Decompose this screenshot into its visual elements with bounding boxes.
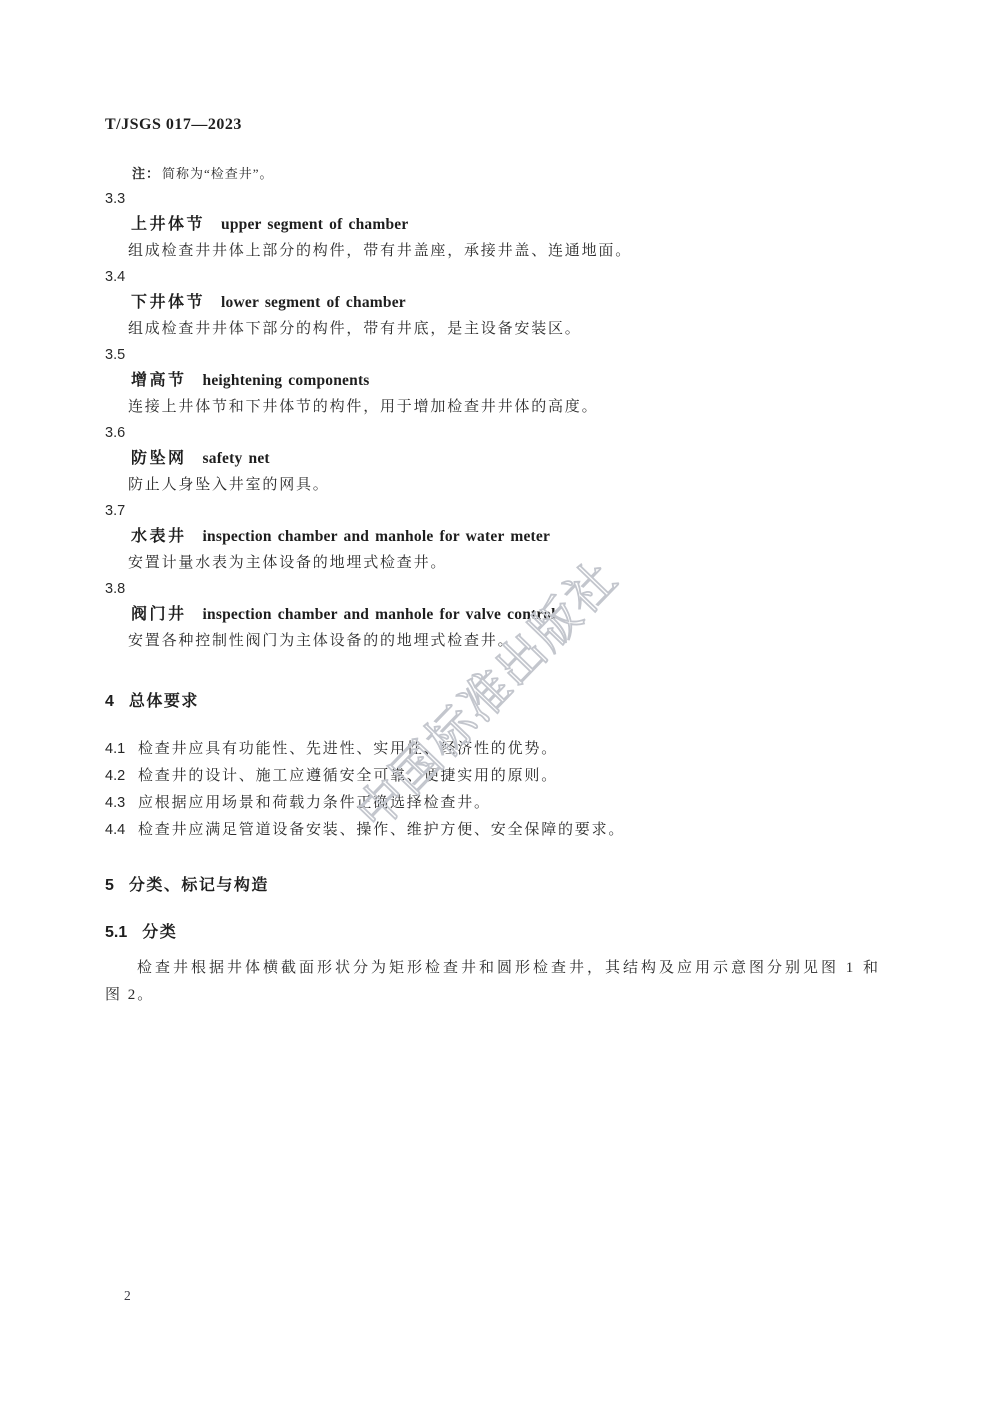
- term-english: inspection chamber and manhole for valve…: [203, 606, 556, 623]
- term-number: 3.6: [0, 420, 992, 446]
- term-english: safety net: [203, 450, 270, 467]
- term-title: 水表井inspection chamber and manhole for wa…: [0, 524, 992, 550]
- requirement-number: 4.2: [105, 763, 138, 790]
- term-chinese: 增高节: [131, 372, 187, 389]
- term-english: heightening components: [203, 372, 370, 389]
- section-title: 分类: [142, 924, 177, 941]
- term-definition: 连接上井体节和下井体节的构件，用于增加检查井井体的高度。: [0, 394, 992, 420]
- term-definition: 组成检查井井体下部分的构件，带有井底，是主设备安装区。: [0, 316, 992, 342]
- term-title: 增高节heightening components: [0, 368, 992, 394]
- requirement-number: 4.4: [105, 817, 138, 844]
- term-title: 上井体节upper segment of chamber: [0, 212, 992, 238]
- paragraph-line: 检查井根据井体横截面形状分为矩形检查井和圆形检查井，其结构及应用示意图分别见图 …: [105, 955, 895, 982]
- term-number: 3.7: [0, 498, 992, 524]
- requirement-text: 检查井应满足管道设备安装、操作、维护方便、安全保障的要求。: [138, 822, 625, 838]
- term-title: 阀门井inspection chamber and manhole for va…: [0, 602, 992, 628]
- requirement-item: 4.4检查井应满足管道设备安装、操作、维护方便、安全保障的要求。: [105, 816, 625, 843]
- term-number: 3.3: [0, 186, 992, 212]
- term-number: 3.4: [0, 264, 992, 290]
- term-chinese: 阀门井: [131, 606, 187, 623]
- term-chinese: 防坠网: [131, 450, 187, 467]
- term-number: 3.8: [0, 576, 992, 602]
- section-title: 分类、标记与构造: [129, 877, 269, 894]
- section-number: 4: [105, 693, 114, 710]
- classification-paragraph: 检查井根据井体横截面形状分为矩形检查井和圆形检查井，其结构及应用示意图分别见图 …: [105, 955, 895, 1009]
- section-number: 5.1: [105, 924, 127, 941]
- term-chinese: 下井体节: [131, 294, 205, 311]
- term-section: 3.3 上井体节upper segment of chamber 组成检查井井体…: [0, 186, 992, 264]
- term-number: 3.5: [0, 342, 992, 368]
- note-line: 注：简称为“检查井”。: [132, 163, 274, 182]
- section-4-heading: 4总体要求: [105, 688, 199, 711]
- requirement-item: 4.2检查井的设计、施工应遵循安全可靠、便捷实用的原则。: [105, 762, 625, 789]
- term-section: 3.5 增高节heightening components 连接上井体节和下井体…: [0, 342, 992, 420]
- document-page: T/JSGS 017—2023 注：简称为“检查井”。 3.3 上井体节uppe…: [0, 0, 992, 1403]
- section-5-heading: 5分类、标记与构造: [105, 872, 269, 895]
- term-definition: 安置各种控制性阀门为主体设备的的地埋式检查井。: [0, 628, 992, 654]
- note-label: 注：: [132, 166, 160, 181]
- section-5-1-heading: 5.1分类: [105, 919, 177, 942]
- terms-list: 3.3 上井体节upper segment of chamber 组成检查井井体…: [0, 186, 992, 654]
- term-definition: 组成检查井井体上部分的构件，带有井盖座，承接井盖、连通地面。: [0, 238, 992, 264]
- term-chinese: 上井体节: [131, 216, 205, 233]
- page-number: 2: [124, 1288, 131, 1304]
- term-section: 3.8 阀门井inspection chamber and manhole fo…: [0, 576, 992, 654]
- section-title: 总体要求: [129, 693, 199, 710]
- term-section: 3.4 下井体节lower segment of chamber 组成检查井井体…: [0, 264, 992, 342]
- requirement-number: 4.1: [105, 736, 138, 763]
- requirement-number: 4.3: [105, 790, 138, 817]
- requirement-text: 检查井的设计、施工应遵循安全可靠、便捷实用的原则。: [138, 768, 558, 784]
- term-title: 下井体节lower segment of chamber: [0, 290, 992, 316]
- standard-number: T/JSGS 017—2023: [105, 116, 242, 134]
- requirement-item: 4.3应根据应用场景和荷载力条件正确选择检查井。: [105, 789, 625, 816]
- term-section: 3.6 防坠网safety net 防止人身坠入井室的网具。: [0, 420, 992, 498]
- term-english: inspection chamber and manhole for water…: [203, 528, 551, 545]
- term-title: 防坠网safety net: [0, 446, 992, 472]
- requirement-item: 4.1检查井应具有功能性、先进性、实用性、经济性的优势。: [105, 735, 625, 762]
- term-english: upper segment of chamber: [221, 216, 408, 233]
- requirement-text: 应根据应用场景和荷载力条件正确选择检查井。: [138, 795, 491, 811]
- term-definition: 防止人身坠入井室的网具。: [0, 472, 992, 498]
- requirements-list: 4.1检查井应具有功能性、先进性、实用性、经济性的优势。 4.2检查井的设计、施…: [105, 735, 625, 843]
- paragraph-line: 图 2。: [105, 982, 895, 1009]
- term-definition: 安置计量水表为主体设备的地埋式检查井。: [0, 550, 992, 576]
- term-section: 3.7 水表井inspection chamber and manhole fo…: [0, 498, 992, 576]
- requirement-text: 检查井应具有功能性、先进性、实用性、经济性的优势。: [138, 741, 558, 757]
- note-text: 简称为“检查井”。: [162, 166, 274, 181]
- section-number: 5: [105, 877, 114, 894]
- term-chinese: 水表井: [131, 528, 187, 545]
- term-english: lower segment of chamber: [221, 294, 406, 311]
